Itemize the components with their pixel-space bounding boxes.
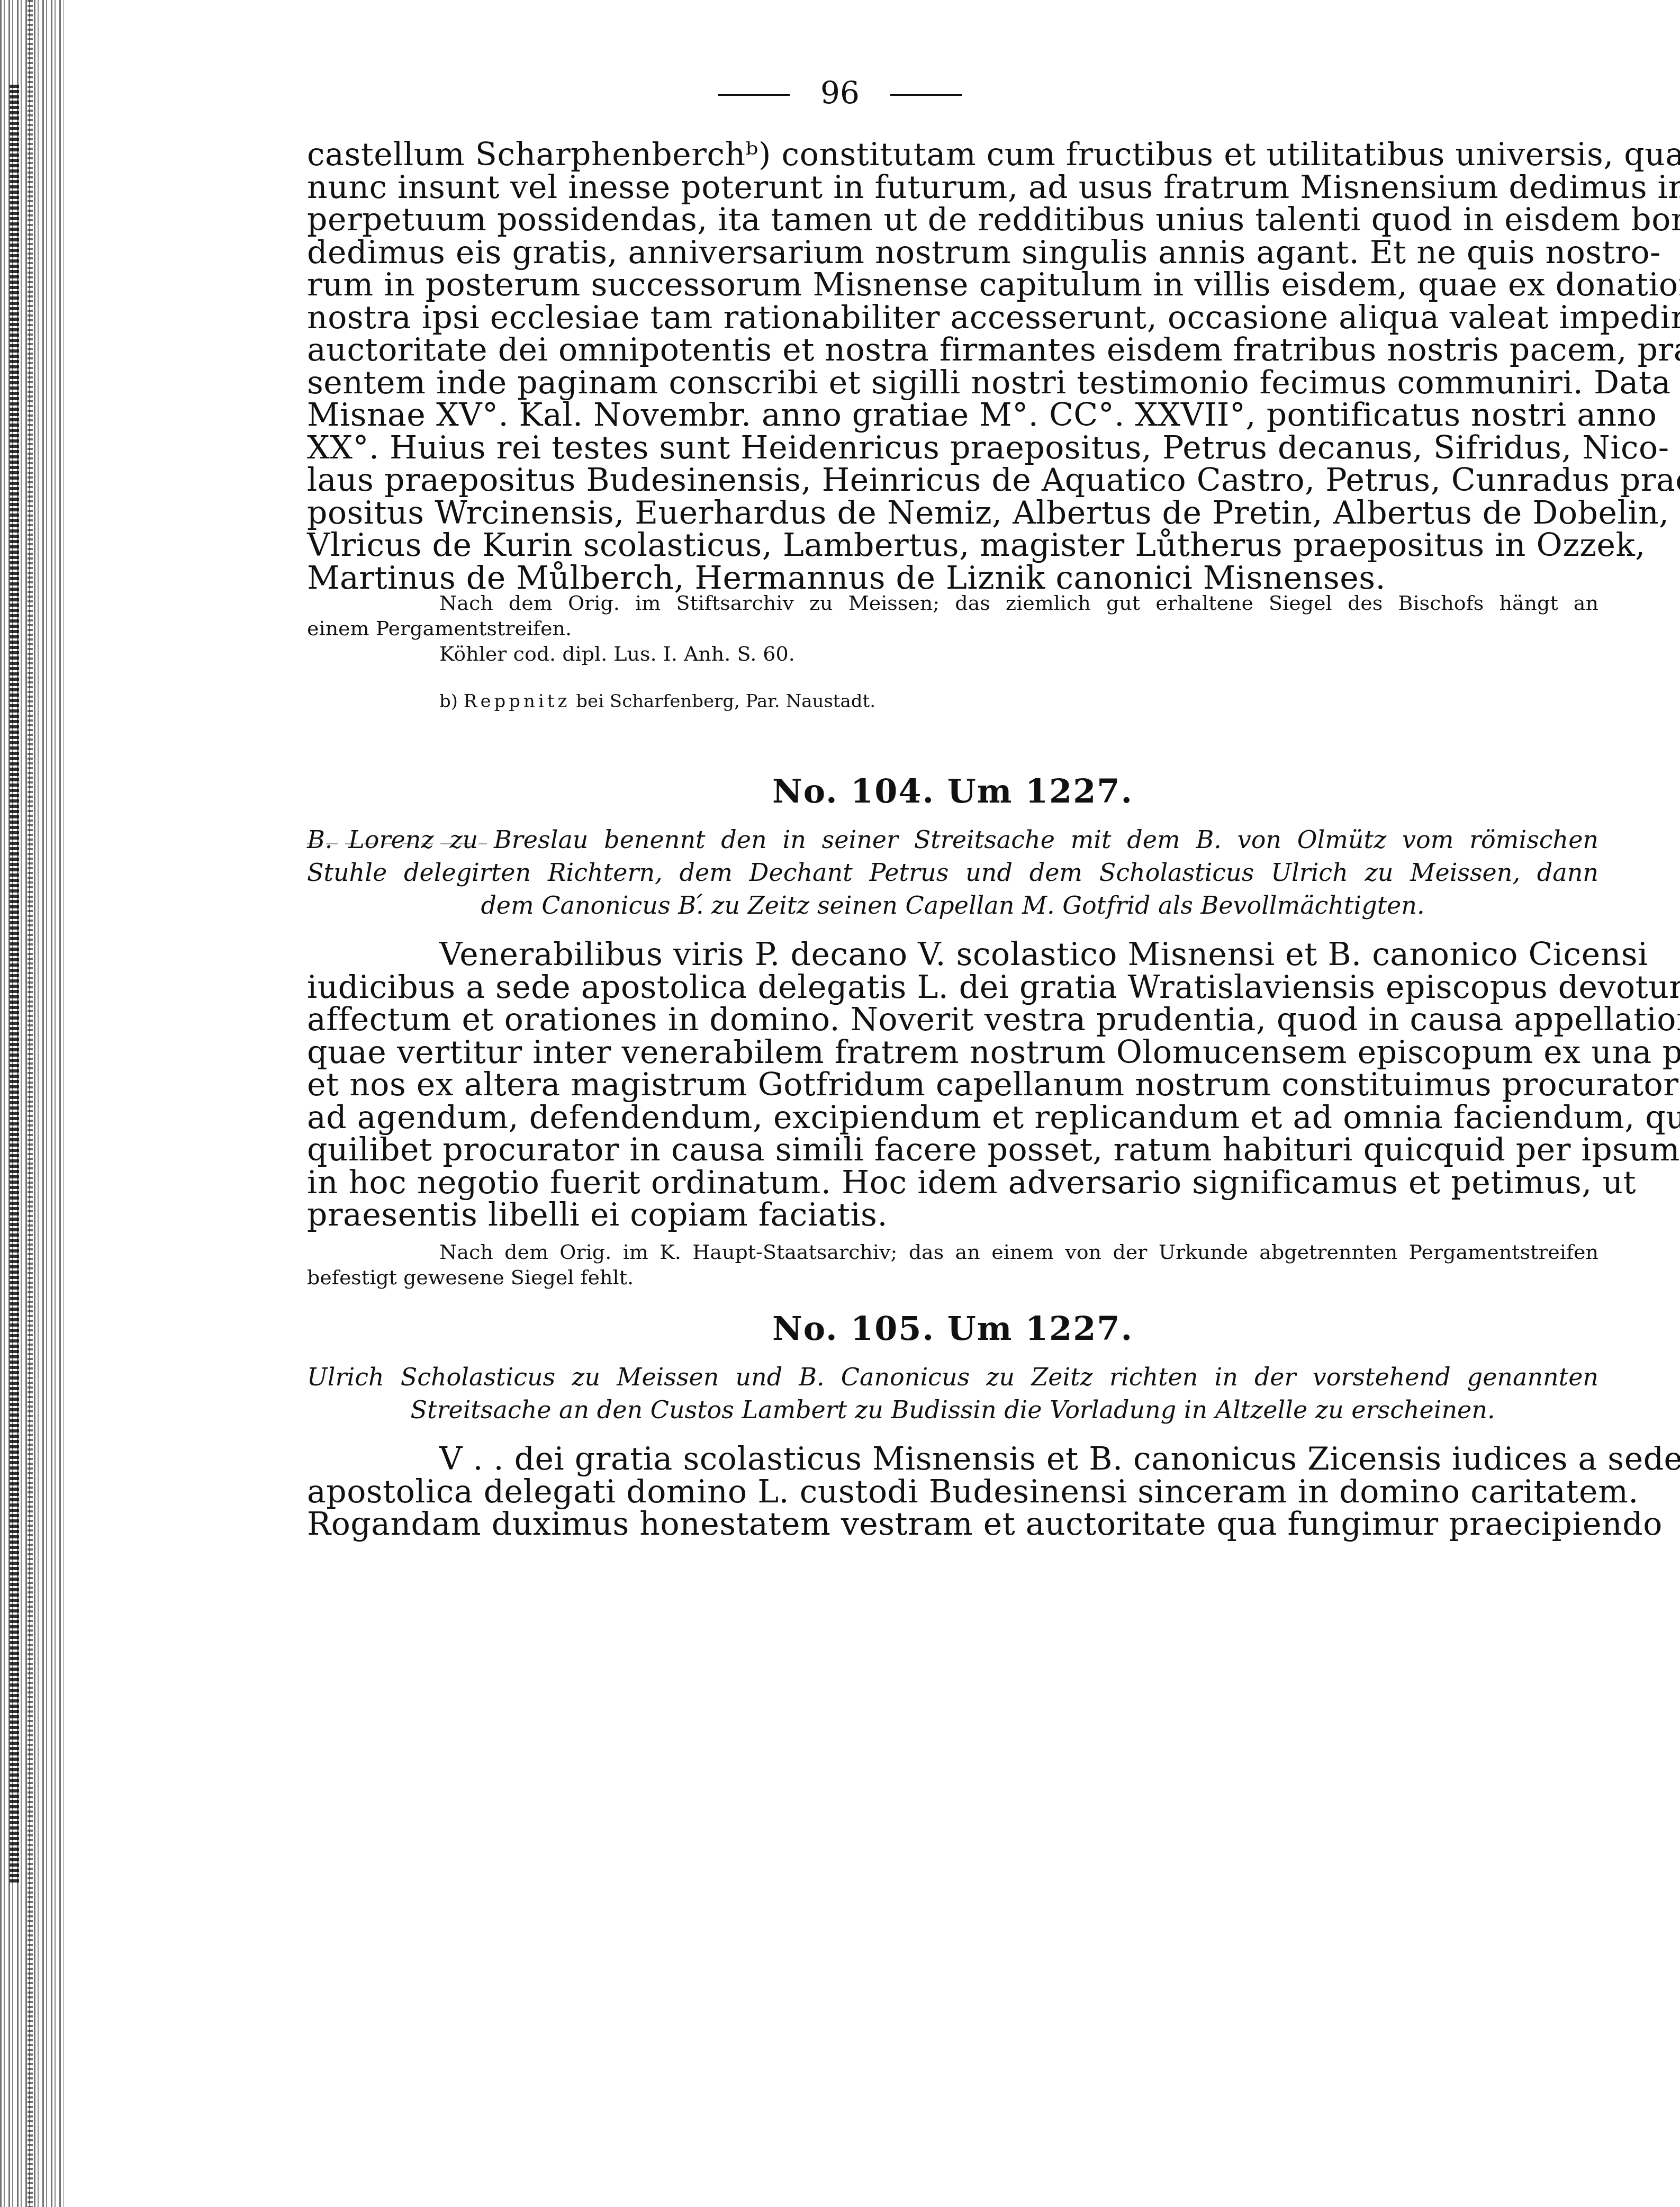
text-line: dedimus eis gratis, anniversarium nostru…	[307, 237, 1598, 269]
scan-binding-edge	[10, 85, 19, 1885]
note-line: Nach dem Orig. im Stiftsarchiv zu Meisse…	[307, 590, 1598, 616]
text-line: Martinus de Můlberch, Hermannus de Lizni…	[307, 562, 1598, 595]
header-rule-left	[718, 94, 790, 96]
source-note: Nach dem Orig. im Stiftsarchiv zu Meisse…	[307, 590, 1598, 666]
document-104: No. 104. Um 1227. B. Lorenz zu Breslau b…	[307, 770, 1598, 1290]
text-line: perpetuum possidendas, ita tamen ut de r…	[307, 204, 1598, 237]
text-line: apostolica delegati domino L. custodi Bu…	[307, 1476, 1598, 1509]
document-105: No. 105. Um 1227. Ulrich Scholasticus zu…	[307, 1308, 1598, 1541]
text-line: laus praepositus Budesinensis, Heinricus…	[307, 464, 1598, 497]
text-line: Venerabilibus viris P. decano V. scolast…	[307, 939, 1598, 971]
text-line: positus Wrcinensis, Euerhardus de Nemiz,…	[307, 497, 1598, 530]
note-line: befestigt gewesene Siegel fehlt.	[307, 1265, 1598, 1290]
document-title: No. 104. Um 1227.	[307, 770, 1598, 813]
document-summary: Ulrich Scholasticus zu Meissen und B. Ca…	[307, 1361, 1598, 1426]
summary-line: Streitsache an den Custos Lambert zu Bud…	[307, 1393, 1598, 1426]
note-line: Köhler cod. dipl. Lus. I. Anh. S. 60.	[307, 641, 1598, 666]
text-line: sentem inde paginam conscribi et sigilli…	[307, 367, 1598, 400]
summary-line: Ulrich Scholasticus zu Meissen und B. Ca…	[307, 1361, 1598, 1393]
header-rule-right	[890, 94, 962, 96]
text-line: praesentis libelli ei copiam faciatis.	[307, 1199, 1598, 1232]
continuation-text: castellum Scharphenberchᵇ) constitutam c…	[307, 139, 1598, 594]
text-line: Rogandam duximus honestatem vestram et a…	[307, 1508, 1598, 1541]
text-line: iudicibus a sede apostolica delegatis L.…	[307, 971, 1598, 1004]
text-line: nostra ipsi ecclesiae tam rationabiliter…	[307, 302, 1598, 335]
note-line: einem Pergamentstreifen.	[307, 616, 1598, 641]
text-line: et nos ex altera magistrum Gotfridum cap…	[307, 1069, 1598, 1102]
continuation-source-note: Nach dem Orig. im Stiftsarchiv zu Meisse…	[307, 590, 1598, 666]
footnote-text: bei Scharfenberg, Par. Naustadt.	[576, 691, 875, 712]
document-body: Venerabilibus viris P. decano V. scolast…	[307, 939, 1598, 1232]
footnote-marker: b)	[439, 691, 458, 712]
text-line: Misnae XV°. Kal. Novembr. anno gratiae M…	[307, 399, 1598, 432]
text-line: castellum Scharphenberchᵇ) constitutam c…	[307, 139, 1598, 172]
text-line: V . . dei gratia scolasticus Misnensis e…	[307, 1443, 1598, 1476]
continuation-paragraph: castellum Scharphenberchᵇ) constitutam c…	[307, 139, 1598, 594]
text-line: in hoc negotio fuerit ordinatum. Hoc ide…	[307, 1167, 1598, 1200]
text-line: affectum et orationes in domino. Noverit…	[307, 1004, 1598, 1037]
summary-line: dem Canonicus B.́ zu Zeitz seinen Capell…	[307, 889, 1598, 922]
document-summary: B. Lorenz zu Breslau benennt den in sein…	[307, 823, 1598, 922]
text-line: XX°. Huius rei testes sunt Heidenricus p…	[307, 432, 1598, 465]
text-line: nunc insunt vel inesse poterunt in futur…	[307, 172, 1598, 204]
document-title: No. 105. Um 1227.	[307, 1308, 1598, 1350]
text-line: Vlricus de Kurin scolasticus, Lambertus,…	[307, 529, 1598, 562]
summary-line: Stuhle delegirten Richtern, dem Dechant …	[307, 856, 1598, 889]
footnote: b) Reppnitz bei Scharfenberg, Par. Naust…	[307, 691, 1680, 712]
page-number: 96	[820, 75, 860, 111]
text-line: rum in posterum successorum Misnense cap…	[307, 269, 1598, 302]
text-line: quae vertitur inter venerabilem fratrem …	[307, 1037, 1598, 1069]
summary-line: B. Lorenz zu Breslau benennt den in sein…	[307, 823, 1598, 856]
note-line: Nach dem Orig. im K. Haupt-Staatsarchiv;…	[307, 1239, 1598, 1265]
page-header: 96	[0, 74, 1680, 111]
scan-binding-edge	[28, 0, 33, 2207]
text-line: quilibet procurator in causa simili face…	[307, 1134, 1598, 1167]
text-line: ad agendum, defendendum, excipiendum et …	[307, 1102, 1598, 1134]
document-body: V . . dei gratia scolasticus Misnensis e…	[307, 1443, 1598, 1541]
footnote-place: Reppnitz	[464, 691, 571, 712]
text-line: auctoritate dei omnipotentis et nostra f…	[307, 334, 1598, 367]
source-note: Nach dem Orig. im K. Haupt-Staatsarchiv;…	[307, 1239, 1598, 1290]
